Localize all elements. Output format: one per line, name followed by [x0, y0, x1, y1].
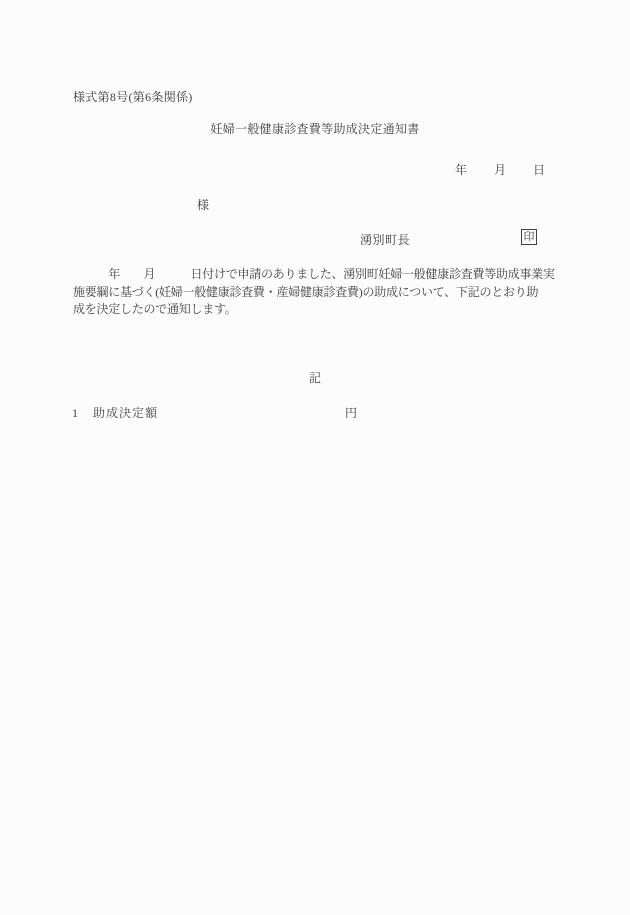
notification-document-page: 様式第8号(第6条関係) 妊婦一般健康診査費等助成決定通知書 年 月 日 様 湧…: [0, 0, 630, 915]
item-label: 助成決定額: [93, 406, 158, 420]
sender-title: 湧別町長: [360, 231, 410, 248]
body-line-2: 施要綱に基づく(妊婦一般健康診査費・産婦健康診査費)の助成について、下記のとおり…: [73, 284, 559, 302]
subsidy-amount-row: 1助成決定額 円: [72, 404, 158, 421]
document-title: 妊婦一般健康診査費等助成決定通知書: [0, 120, 630, 137]
body-line-1: 年 月 日付けで申請のありました、湧別町妊婦一般健康診査費等助成事業実: [73, 266, 559, 284]
date-day-label: 日: [533, 161, 545, 178]
item-number: 1: [72, 406, 78, 420]
body-paragraph: 年 月 日付けで申請のありました、湧別町妊婦一般健康診査費等助成事業実 施要綱に…: [73, 266, 559, 319]
seal-mark-box: 印: [521, 229, 537, 245]
date-month-label: 月: [494, 161, 506, 178]
date-year-label: 年: [455, 161, 467, 178]
form-number: 様式第8号(第6条関係): [73, 88, 193, 105]
item-unit-yen: 円: [345, 404, 357, 421]
addressee-honorific: 様: [197, 196, 209, 213]
issue-date-line: 年 月 日: [455, 161, 545, 178]
seal-mark-label: 印: [524, 232, 535, 243]
record-heading: 記: [0, 369, 630, 386]
body-line-3: 成を決定したので通知します。: [73, 301, 559, 319]
